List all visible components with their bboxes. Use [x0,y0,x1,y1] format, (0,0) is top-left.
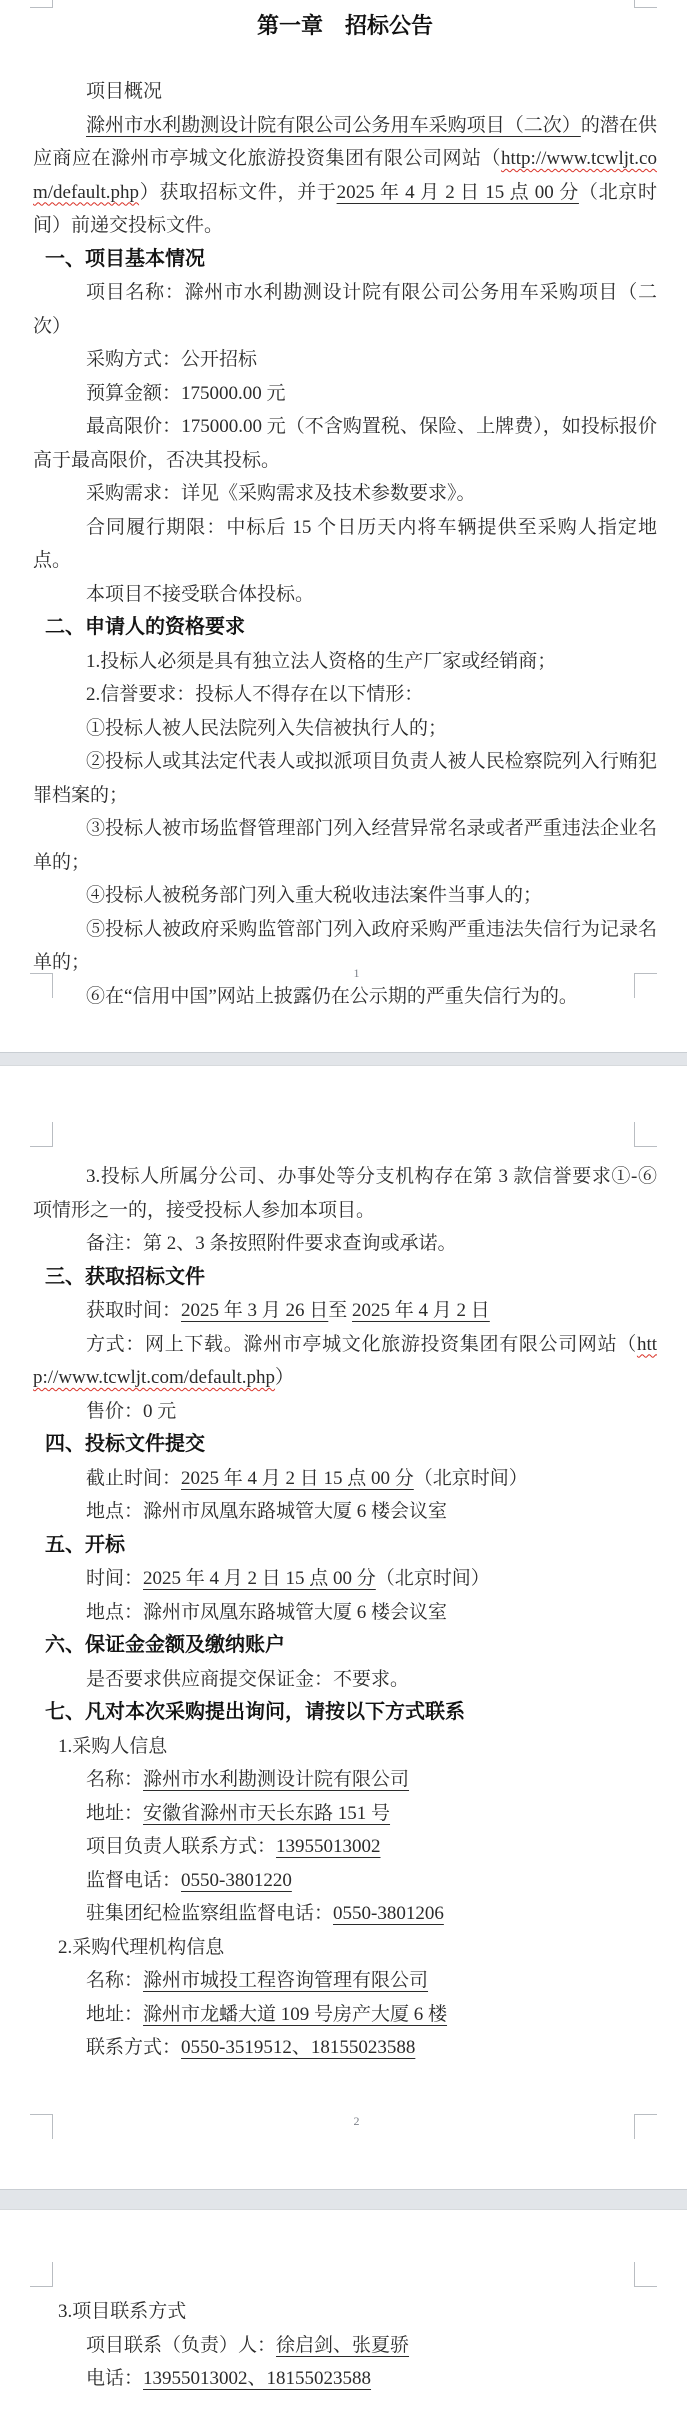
text-run: 时间： [86,1568,143,1589]
section-heading: 二、申请人的资格要求 [33,611,657,645]
text-run: 驻集团纪检监察组监督电话： [86,1903,333,1924]
margin-corner-mark [634,2262,657,2287]
paragraph: 地址：安徽省滁州市天长东路 151 号 [33,1797,657,1831]
document-page-3: 3.项目联系方式项目联系（负责）人：徐启剑、张夏骄电话：13955013002、… [0,2210,687,2436]
paragraph: 监督电话：0550-3801220 [33,1864,657,1898]
page-content: 3.项目联系方式项目联系（负责）人：徐启剑、张夏骄电话：13955013002、… [33,2295,657,2396]
underlined-value: 13955013002 [276,1836,381,1857]
paragraph: ①投标人被人民法院列入失信被执行人的； [33,712,657,746]
text-run: 截止时间： [86,1468,181,1489]
paragraph: 采购方式：公开招标 [33,343,657,377]
text-run: （北京时间） [414,1468,528,1489]
text-run: 第一章 招标公告 [257,13,433,38]
text-run: 本项目不接受联合体投标。 [86,584,314,605]
text-run: 3.投标人所属分公司、办事处等分支机构存在第 3 款信誉要求①-⑥项情形之一的，… [33,1166,657,1221]
paragraph: 驻集团纪检监察组监督电话：0550-3801206 [33,1897,657,1931]
section-heading: 七、凡对本次采购提出询问，请按以下方式联系 [33,1696,657,1730]
page-number: 2 [13,2114,687,2128]
text-run: 地点：滁州市凤凰东路城管大厦 6 楼会议室 [86,1501,447,1522]
text-run: ①投标人被人民法院列入失信被执行人的； [86,718,447,739]
text-run: 五、开标 [45,1534,125,1556]
paragraph: 本项目不接受联合体投标。 [33,578,657,612]
text-run: 二、申请人的资格要求 [45,616,245,638]
paragraph: 是否要求供应商提交保证金：不要求。 [33,1663,657,1697]
paragraph: 地点：滁州市凤凰东路城管大厦 6 楼会议室 [33,1495,657,1529]
text-run: 最高限价：175000.00 元（不含购置税、保险、上牌费），如投标报价高于最高… [33,416,657,471]
text-run: 合同履行期限：中标后 15 个日历天内将车辆提供至采购人指定地点。 [33,517,657,572]
text-run: 地点：滁州市凤凰东路城管大厦 6 楼会议室 [86,1602,447,1623]
text-run: （北京时间） [376,1568,490,1589]
underlined-value: 2025 年 4 月 2 日 [352,1300,490,1321]
paragraph: ②投标人或其法定代表人或拟派项目负责人被人民检察院列入行贿犯罪档案的； [33,745,657,812]
underlined-value: 滁州市城投工程咨询管理有限公司 [143,1970,428,1991]
text-run: 项目联系（负责）人： [86,2335,276,2356]
paragraph: 滁州市水利勘测设计院有限公司公务用车采购项目（二次）的潜在供应商应在滁州市亭城文… [33,109,657,243]
text-run: 电话： [86,2368,143,2389]
text-run: 2.采购代理机构信息 [58,1937,224,1958]
list-item: 2.采购代理机构信息 [33,1931,657,1965]
underlined-value: 滁州市水利勘测设计院有限公司 [143,1769,409,1790]
paragraph: 2.信誉要求：投标人不得存在以下情形： [33,678,657,712]
paragraph: 售价：0 元 [33,1395,657,1429]
text-run: 项目名称：滁州市水利勘测设计院有限公司公务用车采购项目（二次） [33,282,657,337]
text-run: 六、保证金金额及缴纳账户 [45,1634,285,1656]
underlined-value: 安徽省滁州市天长东路 151 号 [143,1803,390,1824]
underlined-value: 0550-3519512、18155023588 [181,2037,415,2058]
margin-corner-mark [634,0,657,8]
underlined-value: 0550-3801206 [333,1903,444,1924]
paragraph: 地点：滁州市凤凰东路城管大厦 6 楼会议室 [33,1596,657,1630]
text-run: ③投标人被市场监督管理部门列入经营异常名录或者严重违法企业名单的； [33,818,657,873]
text-run: ）获取招标文件，并于 [139,182,337,203]
paragraph: ④投标人被税务部门列入重大税收违法案件当事人的； [33,879,657,913]
paragraph: ⑥在“信用中国”网站上披露仍在公示期的严重失信行为的。 [33,980,657,1014]
list-item: 1.采购人信息 [33,1730,657,1764]
paragraph: 项目联系（负责）人：徐启剑、张夏骄 [33,2329,657,2363]
text-run: 四、投标文件提交 [45,1433,205,1455]
paragraph: 1.投标人必须是具有独立法人资格的生产厂家或经销商； [33,645,657,679]
text-run: ④投标人被税务部门列入重大税收违法案件当事人的； [86,885,542,906]
text-run: 地址： [86,2004,143,2025]
document-page-2: 3.投标人所属分公司、办事处等分支机构存在第 3 款信誉要求①-⑥项情形之一的，… [0,1066,687,2189]
margin-corner-mark [30,2262,53,2287]
margin-corner-mark [634,1122,657,1147]
text-run: 一、项目基本情况 [45,248,205,270]
section-heading: 四、投标文件提交 [33,1428,657,1462]
document-page-1: 第一章 招标公告项目概况滁州市水利勘测设计院有限公司公务用车采购项目（二次）的潜… [0,0,687,1052]
text-run: ） [275,1367,294,1388]
text-run: 获取时间： [86,1300,181,1321]
text-run: 采购需求：详见《采购需求及技术参数要求》。 [86,483,476,504]
text-run: 地址： [86,1803,143,1824]
paragraph: 采购需求：详见《采购需求及技术参数要求》。 [33,477,657,511]
section-heading: 三、获取招标文件 [33,1261,657,1295]
underlined-value: 2025 年 4 月 2 日 15 点 00 分 [337,182,579,203]
text-run: 名称： [86,1769,143,1790]
paragraph: 预算金额：175000.00 元 [33,377,657,411]
section-heading: 五、开标 [33,1529,657,1563]
paragraph: 截止时间：2025 年 4 月 2 日 15 点 00 分（北京时间） [33,1462,657,1496]
page-separator [0,1052,687,1066]
text-run: 是否要求供应商提交保证金：不要求。 [86,1669,409,1690]
text-run: 至 [328,1300,352,1321]
paragraph: 最高限价：175000.00 元（不含购置税、保险、上牌费），如投标报价高于最高… [33,410,657,477]
text-run: 2.信誉要求：投标人不得存在以下情形： [86,684,423,705]
paragraph: 项目负责人联系方式：13955013002 [33,1830,657,1864]
paragraph: 电话：13955013002、18155023588 [33,2362,657,2396]
paragraph: 项目名称：滁州市水利勘测设计院有限公司公务用车采购项目（二次） [33,276,657,343]
paragraph: 联系方式：0550-3519512、18155023588 [33,2031,657,2065]
paragraph: 备注：第 2、3 条按照附件要求查询或承诺。 [33,1227,657,1261]
text-run: 1.采购人信息 [58,1736,167,1757]
paragraph: 名称：滁州市水利勘测设计院有限公司 [33,1763,657,1797]
paragraph: 时间：2025 年 4 月 2 日 15 点 00 分（北京时间） [33,1562,657,1596]
paragraph: 地址：滁州市龙蟠大道 109 号房产大厦 6 楼 [33,1998,657,2032]
document-viewer: 第一章 招标公告项目概况滁州市水利勘测设计院有限公司公务用车采购项目（二次）的潜… [0,0,687,2436]
underlined-value: 2025 年 4 月 2 日 15 点 00 分 [143,1568,376,1589]
underlined-value: 滁州市龙蟠大道 109 号房产大厦 6 楼 [143,2004,447,2025]
underlined-value: 2025 年 3 月 26 日 [181,1300,328,1321]
underlined-value: 0550-3801220 [181,1870,292,1891]
paragraph: ③投标人被市场监督管理部门列入经营异常名录或者严重违法企业名单的； [33,812,657,879]
text-run: 项目负责人联系方式： [86,1836,276,1857]
margin-corner-mark [30,0,53,8]
text-run: 3.项目联系方式 [58,2301,186,2322]
underlined-value: 2025 年 4 月 2 日 15 点 00 分 [181,1468,414,1489]
text-run: 监督电话： [86,1870,181,1891]
text-run: 方式：网上下载。滁州市亭城文化旅游投资集团有限公司网站（ [86,1334,637,1355]
text-run: 三、获取招标文件 [45,1266,205,1288]
paragraph: 获取时间：2025 年 3 月 26 日至 2025 年 4 月 2 日 [33,1294,657,1328]
text-run: ⑥在“信用中国”网站上披露仍在公示期的严重失信行为的。 [86,986,578,1007]
text-run: 售价：0 元 [86,1401,176,1422]
text-run: 名称： [86,1970,143,1991]
document-title: 第一章 招标公告 [33,10,657,42]
underlined-value: 滁州市水利勘测设计院有限公司公务用车采购项目（二次） [86,115,581,136]
page-separator [0,2189,687,2210]
page-content: 3.投标人所属分公司、办事处等分支机构存在第 3 款信誉要求①-⑥项情形之一的，… [33,1160,657,2065]
section-heading: 六、保证金金额及缴纳账户 [33,1629,657,1663]
paragraph: 项目概况 [33,75,657,109]
margin-corner-mark [30,1122,53,1147]
text-run: ⑤投标人被政府采购监管部门列入政府采购严重违法失信行为记录名单的； [33,919,657,974]
list-item: 3.项目联系方式 [33,2295,657,2329]
text-run: 预算金额：175000.00 元 [86,383,286,404]
text-run: 项目概况 [86,81,162,102]
page-number: 1 [13,966,687,980]
paragraph: 3.投标人所属分公司、办事处等分支机构存在第 3 款信誉要求①-⑥项情形之一的，… [33,1160,657,1227]
text-run: 七、凡对本次采购提出询问，请按以下方式联系 [45,1701,465,1723]
underlined-value: 徐启剑、张夏骄 [276,2335,409,2356]
text-run: 联系方式： [86,2037,181,2058]
page-content: 第一章 招标公告项目概况滁州市水利勘测设计院有限公司公务用车采购项目（二次）的潜… [33,10,657,1013]
paragraph: 合同履行期限：中标后 15 个日历天内将车辆提供至采购人指定地点。 [33,511,657,578]
text-run: 采购方式：公开招标 [86,349,257,370]
text-run: 备注：第 2、3 条按照附件要求查询或承诺。 [86,1233,457,1254]
text-run: ②投标人或其法定代表人或拟派项目负责人被人民检察院列入行贿犯罪档案的； [33,751,657,806]
paragraph: 名称：滁州市城投工程咨询管理有限公司 [33,1964,657,1998]
text-run: 1.投标人必须是具有独立法人资格的生产厂家或经销商； [86,651,556,672]
underlined-value: 13955013002、18155023588 [143,2368,371,2389]
section-heading: 一、项目基本情况 [33,243,657,277]
paragraph: 方式：网上下载。滁州市亭城文化旅游投资集团有限公司网站（http://www.t… [33,1328,657,1395]
